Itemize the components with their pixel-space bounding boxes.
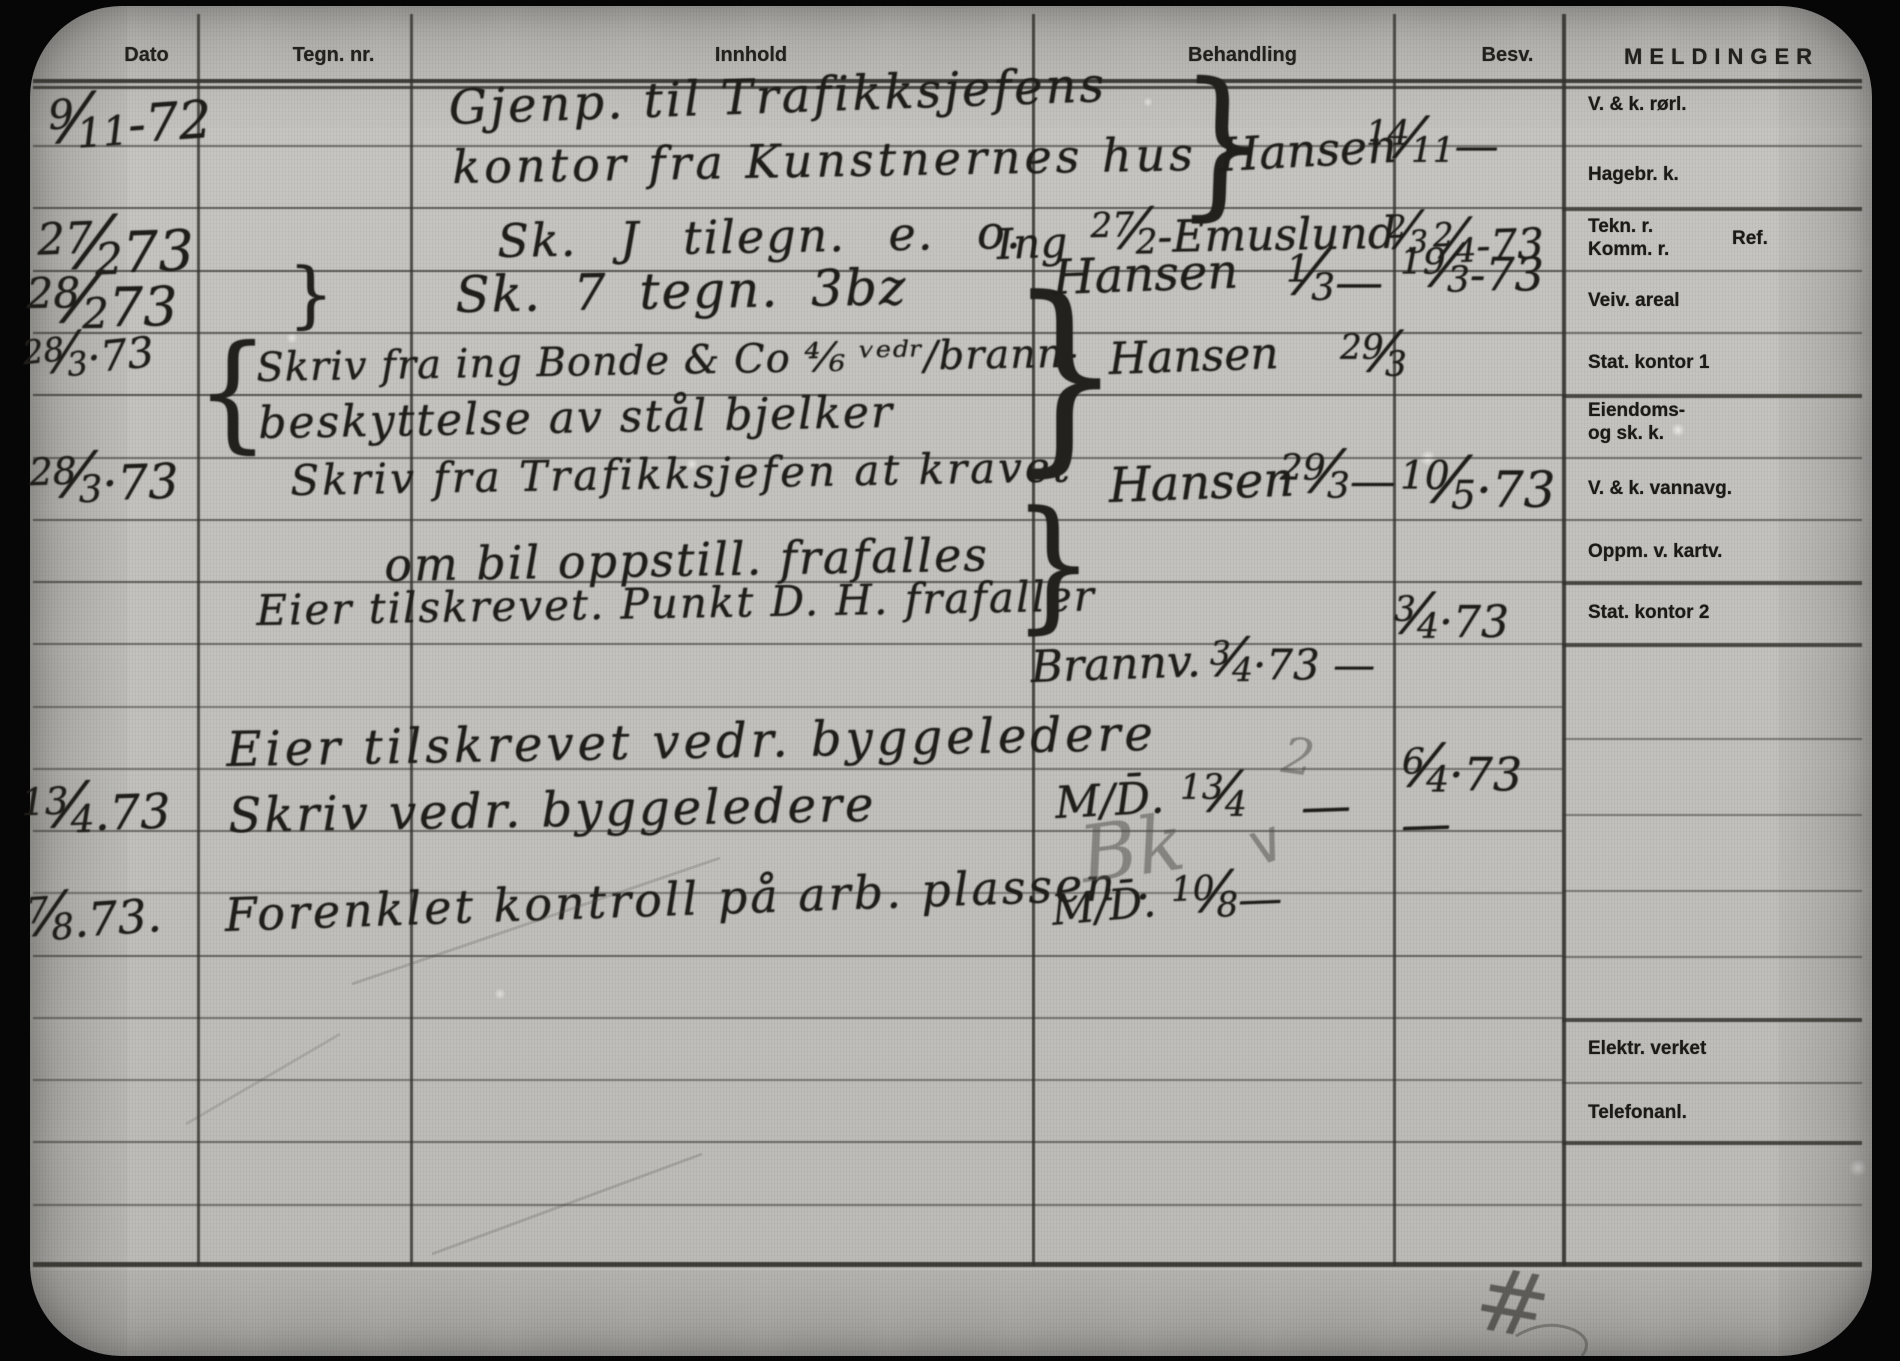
scanned-card-page: Dato Tegn. nr. Innhold Behandling Besv. … bbox=[0, 0, 1900, 1361]
pencil-scribbles bbox=[30, 6, 1872, 1356]
pencil-stroke bbox=[432, 1154, 702, 1254]
registry-card: Dato Tegn. nr. Innhold Behandling Besv. … bbox=[30, 6, 1872, 1356]
pencil-stroke bbox=[352, 858, 720, 984]
pencil-stroke bbox=[1516, 1325, 1587, 1356]
pencil-stroke bbox=[186, 1034, 340, 1124]
